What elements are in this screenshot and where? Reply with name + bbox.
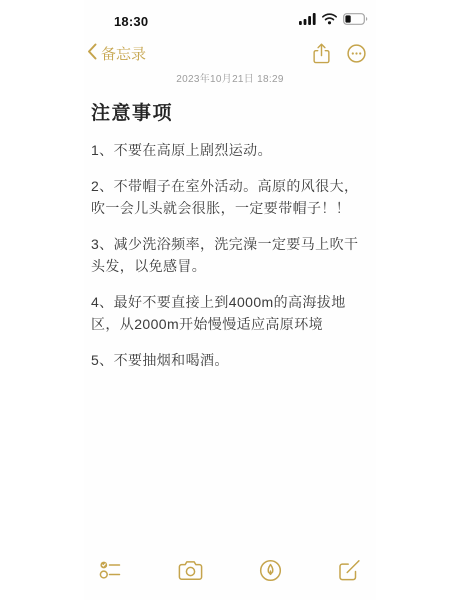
back-button-label: 备忘录 [101, 43, 146, 64]
camera-icon [178, 569, 203, 584]
more-icon [347, 51, 366, 66]
status-icons [299, 12, 368, 30]
status-bar: 18:30 [84, 0, 376, 34]
compose-button[interactable] [338, 559, 361, 582]
nav-actions [313, 43, 366, 64]
camera-button[interactable] [178, 560, 203, 581]
compose-icon [338, 570, 361, 585]
markup-button[interactable] [259, 559, 282, 582]
battery-icon [343, 12, 368, 30]
note-date: 2023年10月21日 18:29 [84, 70, 376, 85]
checklist-button[interactable] [99, 559, 122, 581]
note-item-1[interactable]: 1、不要在高原上剧烈运动。 [91, 139, 369, 161]
nav-bar: 备忘录 [84, 34, 376, 66]
cellular-signal-icon [299, 12, 316, 30]
note-content[interactable]: 注意事项 1、不要在高原上剧烈运动。 2、不带帽子在室外活动。高原的风很大，吹一… [84, 85, 376, 371]
bottom-toolbar [84, 554, 376, 600]
more-button[interactable] [347, 44, 366, 63]
wifi-icon [321, 12, 338, 30]
checklist-icon [99, 569, 122, 584]
note-item-4[interactable]: 4、最好不要直接上到4000m的高海拔地区，从2000m开始慢慢适应高原环境 [91, 291, 369, 335]
note-item-3[interactable]: 3、减少洗浴频率，洗完澡一定要马上吹干头发，以免感冒。 [91, 233, 369, 277]
share-button[interactable] [313, 43, 330, 64]
note-item-2[interactable]: 2、不带帽子在室外活动。高原的风很大，吹一会儿头就会很胀，一定要带帽子！！ [91, 175, 369, 219]
back-button[interactable]: 备忘录 [87, 43, 146, 64]
note-item-5[interactable]: 5、不要抽烟和喝酒。 [91, 349, 369, 371]
back-chevron-icon [87, 43, 97, 64]
note-title[interactable]: 注意事项 [91, 98, 369, 125]
status-time: 18:30 [114, 14, 148, 29]
share-icon [313, 52, 330, 67]
markup-icon [259, 570, 282, 585]
notes-app-screen: 18:30 [84, 0, 376, 600]
